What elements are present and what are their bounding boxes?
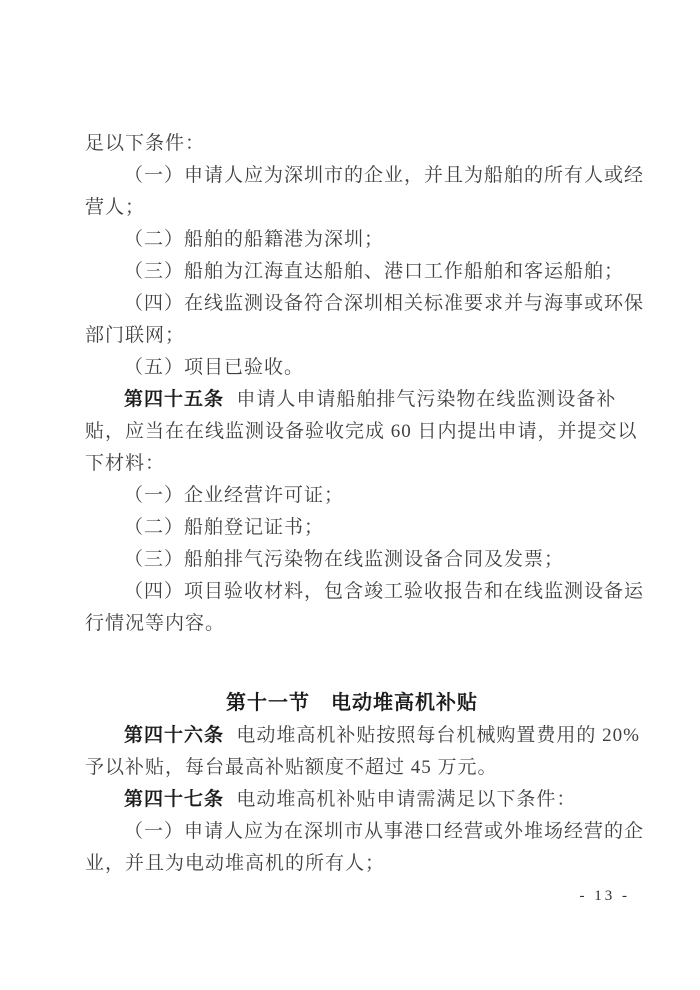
line-text: 予以补贴，每台最高补贴额度不超过 45 万元。 [85, 757, 498, 778]
line-text: 贴，应当在在线监测设备验收完成 60 日内提出申请，并提交以 [85, 421, 638, 442]
line-text: 业，并且为电动堆高机的所有人； [85, 853, 385, 874]
doc-line-article-46: 第四十六条电动堆高机补贴按照每台机械购置费用的 20% [85, 720, 619, 752]
doc-line: （五）项目已验收。 [85, 352, 619, 384]
line-text: （一）企业经营许可证； [124, 485, 344, 506]
line-text: （二）船舶的船籍港为深圳； [124, 229, 384, 250]
line-text: （二）船舶登记证书； [124, 517, 324, 538]
doc-line: 予以补贴，每台最高补贴额度不超过 45 万元。 [85, 752, 619, 784]
doc-line: （三）船舶排气污染物在线监测设备合同及发票； [85, 544, 619, 576]
line-text: （三）船舶为江海直达船舶、港口工作船舶和客运船舶； [124, 261, 624, 282]
doc-line: 下材料： [85, 448, 619, 480]
line-text: （四）在线监测设备符合深圳相关标准要求并与海事或环保 [124, 293, 644, 314]
line-text: 电动堆高机补贴申请需满足以下条件： [236, 789, 576, 810]
doc-line: （一）企业经营许可证； [85, 480, 619, 512]
line-text: （五）项目已验收。 [124, 357, 304, 378]
line-text: 足以下条件： [85, 133, 205, 154]
article-number: 第四十六条 [124, 725, 224, 746]
doc-line: （二）船舶的船籍港为深圳； [85, 224, 619, 256]
doc-line: （三）船舶为江海直达船舶、港口工作船舶和客运船舶； [85, 256, 619, 288]
doc-line: 行情况等内容。 [85, 608, 619, 640]
line-text: 部门联网； [85, 325, 185, 346]
line-text: （三）船舶排气污染物在线监测设备合同及发票； [124, 549, 564, 570]
doc-line: （二）船舶登记证书； [85, 512, 619, 544]
line-text: （一）申请人应为在深圳市从事港口经营或外堆场经营的企 [124, 821, 644, 842]
line-text: 行情况等内容。 [85, 613, 225, 634]
doc-line-article-47: 第四十七条电动堆高机补贴申请需满足以下条件： [85, 784, 619, 816]
line-text: （一）申请人应为深圳市的企业，并且为船舶的所有人或经 [124, 165, 644, 186]
section-gap [85, 640, 619, 686]
article-number: 第四十七条 [124, 789, 224, 810]
doc-line: 营人； [85, 192, 619, 224]
doc-line-article-45: 第四十五条申请人申请船舶排气污染物在线监测设备补 [85, 384, 619, 416]
line-text: 营人； [85, 197, 145, 218]
doc-line: 业，并且为电动堆高机的所有人； [85, 848, 619, 880]
document-page: 足以下条件： （一）申请人应为深圳市的企业，并且为船舶的所有人或经 营人； （二… [0, 0, 700, 990]
doc-line: （四）项目验收材料，包含竣工验收报告和在线监测设备运 [85, 576, 619, 608]
section-heading: 第十一节 电动堆高机补贴 [85, 686, 619, 720]
doc-line: （一）申请人应为在深圳市从事港口经营或外堆场经营的企 [85, 816, 619, 848]
doc-line: 部门联网； [85, 320, 619, 352]
doc-line: （四）在线监测设备符合深圳相关标准要求并与海事或环保 [85, 288, 619, 320]
article-number: 第四十五条 [124, 389, 224, 410]
line-text: 申请人申请船舶排气污染物在线监测设备补 [236, 389, 616, 410]
doc-line: 足以下条件： [85, 128, 619, 160]
doc-line: 贴，应当在在线监测设备验收完成 60 日内提出申请，并提交以 [85, 416, 619, 448]
doc-line: （一）申请人应为深圳市的企业，并且为船舶的所有人或经 [85, 160, 619, 192]
line-text: （四）项目验收材料，包含竣工验收报告和在线监测设备运 [124, 581, 644, 602]
document-body: 足以下条件： （一）申请人应为深圳市的企业，并且为船舶的所有人或经 营人； （二… [85, 128, 619, 880]
page-number: - 13 - [580, 888, 631, 905]
line-text: 下材料： [85, 453, 165, 474]
line-text: 电动堆高机补贴按照每台机械购置费用的 20% [236, 725, 640, 746]
